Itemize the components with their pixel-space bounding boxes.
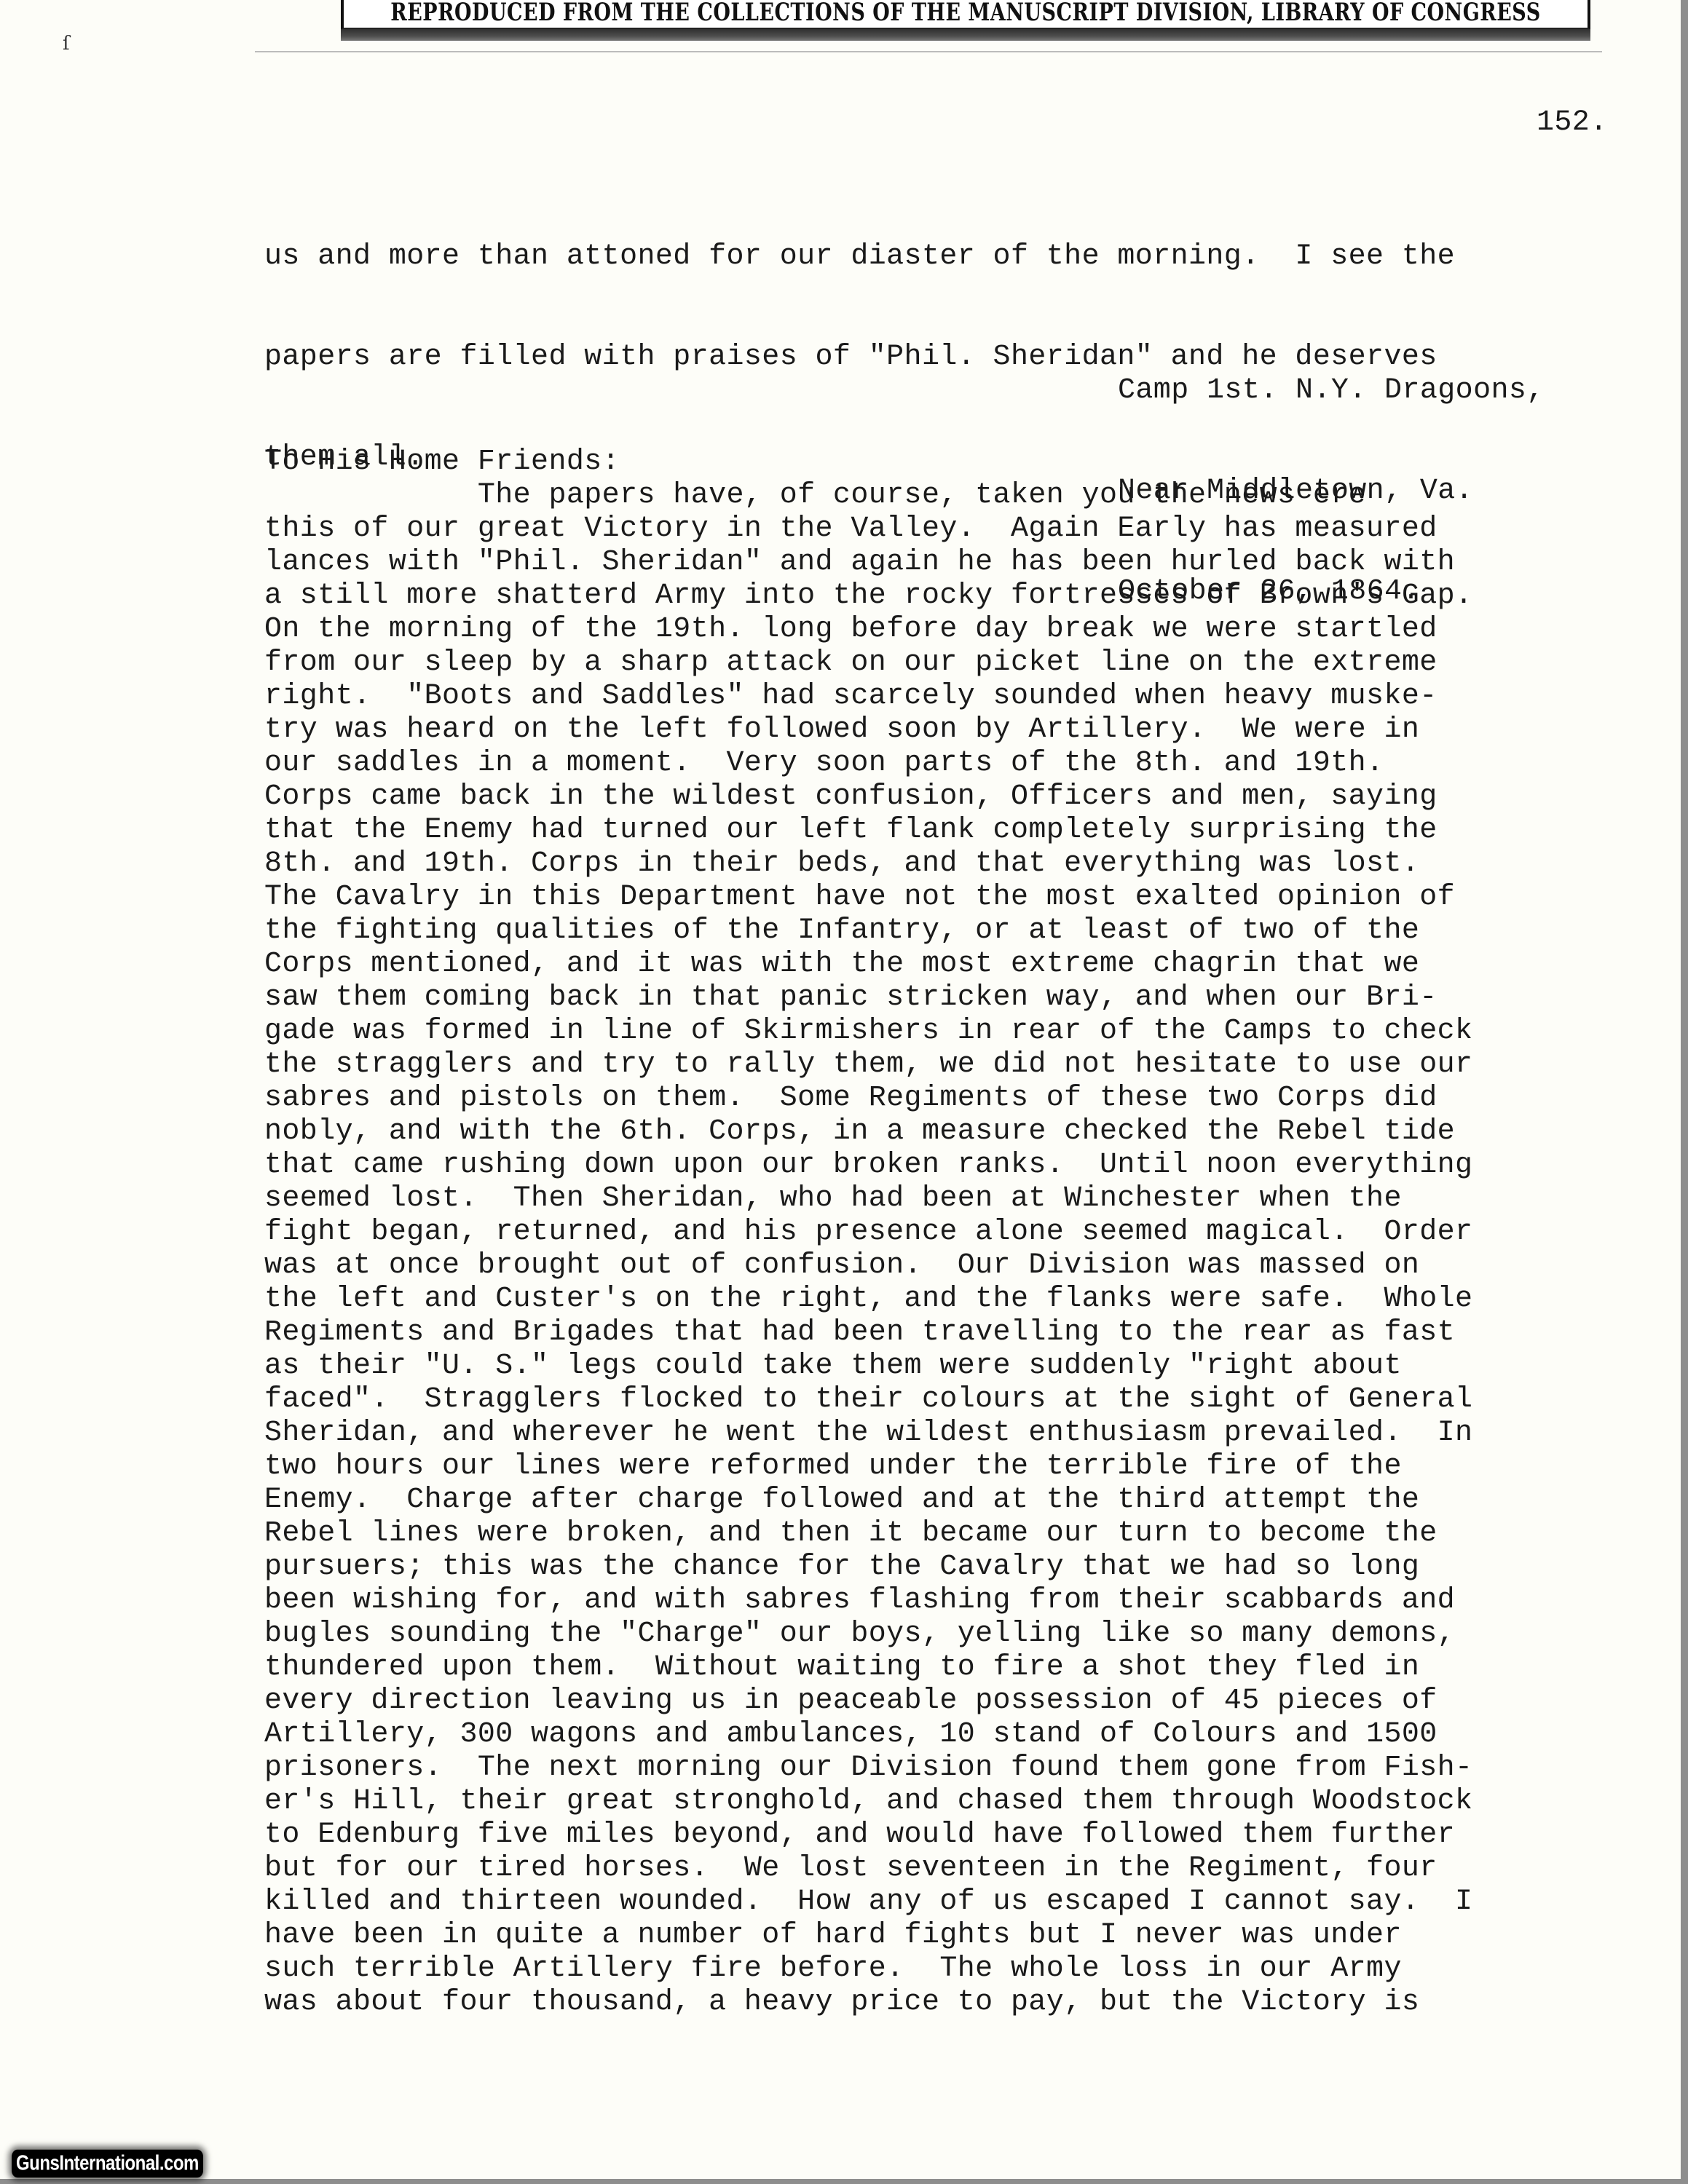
text-line: 8th. and 19th. Corps in their beds, and … [264,847,1472,881]
text-line: lances with "Phil. Sheridan" and again h… [264,546,1472,579]
text-line: nobly, and with the 6th. Corps, in a mea… [264,1115,1472,1149]
text-line: been wishing for, and with sabres flashi… [264,1584,1472,1618]
text-line: killed and thirteen wounded. How any of … [264,1886,1472,1919]
text-line: that came rushing down upon our broken r… [264,1149,1472,1182]
text-line: a still more shatterd Army into the rock… [264,579,1472,613]
document-page: ſ REPRODUCED FROM THE COLLECTIONS OF THE… [0,0,1681,2179]
text-line: Regiments and Brigades that had been tra… [264,1316,1472,1350]
text-line: the fighting qualities of the Infantry, … [264,914,1472,948]
text-line: our saddles in a moment. Very soon parts… [264,747,1472,780]
letter-body: The papers have, of course, taken you th… [264,479,1472,2019]
text-line: was at once brought out of confusion. Ou… [264,1249,1472,1283]
archive-banner: REPRODUCED FROM THE COLLECTIONS OF THE M… [341,0,1590,29]
text-line: prisoners. The next morning our Division… [264,1752,1472,1785]
address-line: Camp 1st. N.Y. Dragoons, [1118,374,1545,408]
text-line: Corps came back in the wildest confusion… [264,780,1472,814]
text-line: seemed lost. Then Sheridan, who had been… [264,1182,1472,1216]
text-line: pursuers; this was the chance for the Ca… [264,1551,1472,1584]
text-line: sabres and pistols on them. Some Regimen… [264,1082,1472,1115]
text-line: On the morning of the 19th. long before … [264,613,1472,646]
text-line: bugles sounding the "Charge" our boys, y… [264,1618,1472,1651]
page-number: 152. [1537,106,1608,140]
text-line: Enemy. Charge after charge followed and … [264,1484,1472,1517]
banner-underline [255,51,1602,52]
salutation: To His Home Friends: [264,446,620,479]
text-line: Rebel lines were broken, and then it bec… [264,1517,1472,1551]
text-line: Artillery, 300 wagons and ambulances, 10… [264,1718,1472,1752]
text-line: The papers have, of course, taken you th… [264,479,1472,513]
text-line: this of our great Victory in the Valley.… [264,513,1472,546]
text-line: er's Hill, their great stronghold, and c… [264,1785,1472,1819]
text-line: try was heard on the left followed soon … [264,713,1472,747]
text-line: The Cavalry in this Department have not … [264,881,1472,914]
text-line: the stragglers and try to rally them, we… [264,1048,1472,1082]
text-line: faced". Stragglers flocked to their colo… [264,1383,1472,1417]
archive-banner-text: REPRODUCED FROM THE COLLECTIONS OF THE M… [344,0,1588,27]
text-line: saw them coming back in that panic stric… [264,981,1472,1015]
text-line: such terrible Artillery fire before. The… [264,1952,1472,1986]
text-line: but for our tired horses. We lost sevent… [264,1852,1472,1886]
text-line: to Edenburg five miles beyond, and would… [264,1819,1472,1852]
text-line: thundered upon them. Without waiting to … [264,1651,1472,1685]
text-line: the left and Custer's on the right, and … [264,1283,1472,1316]
text-line: that the Enemy had turned our left flank… [264,814,1472,847]
scan-artifact-mark: ſ [63,33,70,55]
text-line: Sheridan, and wherever he went the wilde… [264,1417,1472,1450]
watermark-logo: GunsInternational.com [12,2150,203,2177]
text-line: two hours our lines were reformed under … [264,1450,1472,1484]
text-line: right. "Boots and Saddles" had scarcely … [264,680,1472,713]
text-line: Corps mentioned, and it was with the mos… [264,948,1472,981]
text-line: from our sleep by a sharp attack on our … [264,646,1472,680]
text-line: us and more than attoned for our diaster… [264,240,1455,274]
text-line: gade was formed in line of Skirmishers i… [264,1015,1472,1048]
banner-shadow-band [341,29,1590,41]
text-line: as their "U. S." legs could take them we… [264,1350,1472,1383]
text-line: every direction leaving us in peaceable … [264,1685,1472,1718]
text-line: have been in quite a number of hard figh… [264,1919,1472,1952]
text-line: was about four thousand, a heavy price t… [264,1986,1472,2019]
text-line: fight began, returned, and his presence … [264,1216,1472,1249]
